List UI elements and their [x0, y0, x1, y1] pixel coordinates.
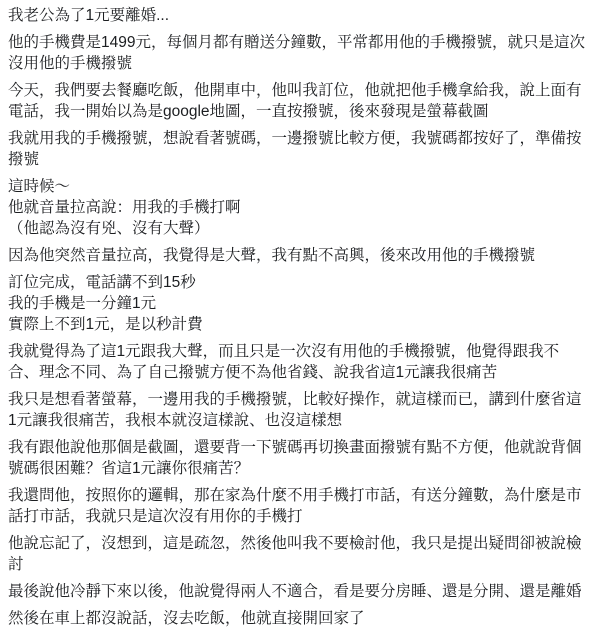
post-paragraph: 他說忘記了，沒想到，這是疏忽，然後他叫我不要檢討他，我只是提出疑問卻被說檢 討	[8, 533, 592, 575]
post-line: 然後在車上都沒說話，沒去吃飯，他就直接開回家了	[8, 608, 592, 629]
post-line: 討	[8, 554, 592, 575]
post-paragraph: 我就覺得為了這1元跟我大聲，而且只是一次沒有用他的手機撥號，他覺得跟我不 合、理…	[8, 341, 592, 383]
post-paragraph: 因為他突然音量拉高，我覺得是大聲，我有點不高興，後來改用他的手機撥號	[8, 245, 592, 266]
post-line: 號碼很困難？省這1元讓你很痛苦？	[8, 458, 592, 479]
post-paragraph: 訂位完成，電話講不到15秒 我的手機是一分鐘1元 實際上不到1元，是以秒計費	[8, 272, 592, 335]
post-paragraph: 我有跟他說他那個是截圖，還要背一下號碼再切換畫面撥號有點不方便，他就說背個 號碼…	[8, 437, 592, 479]
post-paragraph: 這時候～ 他就音量拉高說：用我的手機打啊 （他認為沒有兇、沒有大聲）	[8, 176, 592, 239]
post-line: 我還問他，按照你的邏輯，那在家為什麼不用手機打市話，有送分鐘數，為什麼是市	[8, 485, 592, 506]
post-line: 沒用他的手機撥號	[8, 53, 592, 74]
post-paragraph: 今天，我們要去餐廳吃飯，他開車中，他叫我訂位，他就把他手機拿給我，說上面有 電話…	[8, 80, 592, 122]
post-paragraph: 我只是想看著螢幕，一邊用我的手機撥號，比較好操作，就這樣而已，講到什麼省這 1元…	[8, 389, 592, 431]
post-line: 話打市話，我就只是這次沒有用你的手機打	[8, 506, 592, 527]
post-line: 我就覺得為了這1元跟我大聲，而且只是一次沒有用他的手機撥號，他覺得跟我不	[8, 341, 592, 362]
post-paragraph: 我就用我的手機撥號，想說看著號碼，一邊撥號比較方便，我號碼都按好了，準備按 撥號	[8, 128, 592, 170]
post-line: 訂位完成，電話講不到15秒	[8, 272, 592, 293]
post-line: 1元讓我很痛苦，我根本就沒這樣說、也沒這樣想	[8, 410, 592, 431]
post-paragraph: 最後說他冷靜下來以後，他說覺得兩人不適合，看是要分房睡、還是分開、還是離婚	[8, 581, 592, 602]
post-line: 他說忘記了，沒想到，這是疏忽，然後他叫我不要檢討他，我只是提出疑問卻被說檢	[8, 533, 592, 554]
post-paragraph: 然後在車上都沒說話，沒去吃飯，他就直接開回家了	[8, 608, 592, 629]
post-line: 實際上不到1元，是以秒計費	[8, 314, 592, 335]
post-title-paragraph: 我老公為了1元要離婚...	[8, 5, 592, 26]
post-line: 我只是想看著螢幕，一邊用我的手機撥號，比較好操作，就這樣而已，講到什麼省這	[8, 389, 592, 410]
post-line: 電話，我一開始以為是google地圖，一直按撥號，後來發現是螢幕截圖	[8, 101, 592, 122]
post-line: 今天，我們要去餐廳吃飯，他開車中，他叫我訂位，他就把他手機拿給我，說上面有	[8, 80, 592, 101]
post-line: 因為他突然音量拉高，我覺得是大聲，我有點不高興，後來改用他的手機撥號	[8, 245, 592, 266]
post-line: 我就用我的手機撥號，想說看著號碼，一邊撥號比較方便，我號碼都按好了，準備按	[8, 128, 592, 149]
post-line: 最後說他冷靜下來以後，他說覺得兩人不適合，看是要分房睡、還是分開、還是離婚	[8, 581, 592, 602]
post-line: 我有跟他說他那個是截圖，還要背一下號碼再切換畫面撥號有點不方便，他就說背個	[8, 437, 592, 458]
post-line: 合、理念不同、為了自己撥號方便不為他省錢、說我省這1元讓我很痛苦	[8, 362, 592, 383]
post-line: 我的手機是一分鐘1元	[8, 293, 592, 314]
post-paragraph: 他的手機費是1499元，每個月都有贈送分鐘數，平常都用他的手機撥號，就只是這次 …	[8, 32, 592, 74]
post-paragraph: 我還問他，按照你的邏輯，那在家為什麼不用手機打市話，有送分鐘數，為什麼是市 話打…	[8, 485, 592, 527]
post-line: 這時候～	[8, 176, 592, 197]
post-line: （他認為沒有兇、沒有大聲）	[8, 218, 592, 239]
post-title: 我老公為了1元要離婚...	[8, 5, 592, 26]
post-line: 撥號	[8, 149, 592, 170]
post-line: 他的手機費是1499元，每個月都有贈送分鐘數，平常都用他的手機撥號，就只是這次	[8, 32, 592, 53]
post-line: 他就音量拉高說：用我的手機打啊	[8, 197, 592, 218]
post-body: 我老公為了1元要離婚... 他的手機費是1499元，每個月都有贈送分鐘數，平常都…	[0, 0, 600, 629]
